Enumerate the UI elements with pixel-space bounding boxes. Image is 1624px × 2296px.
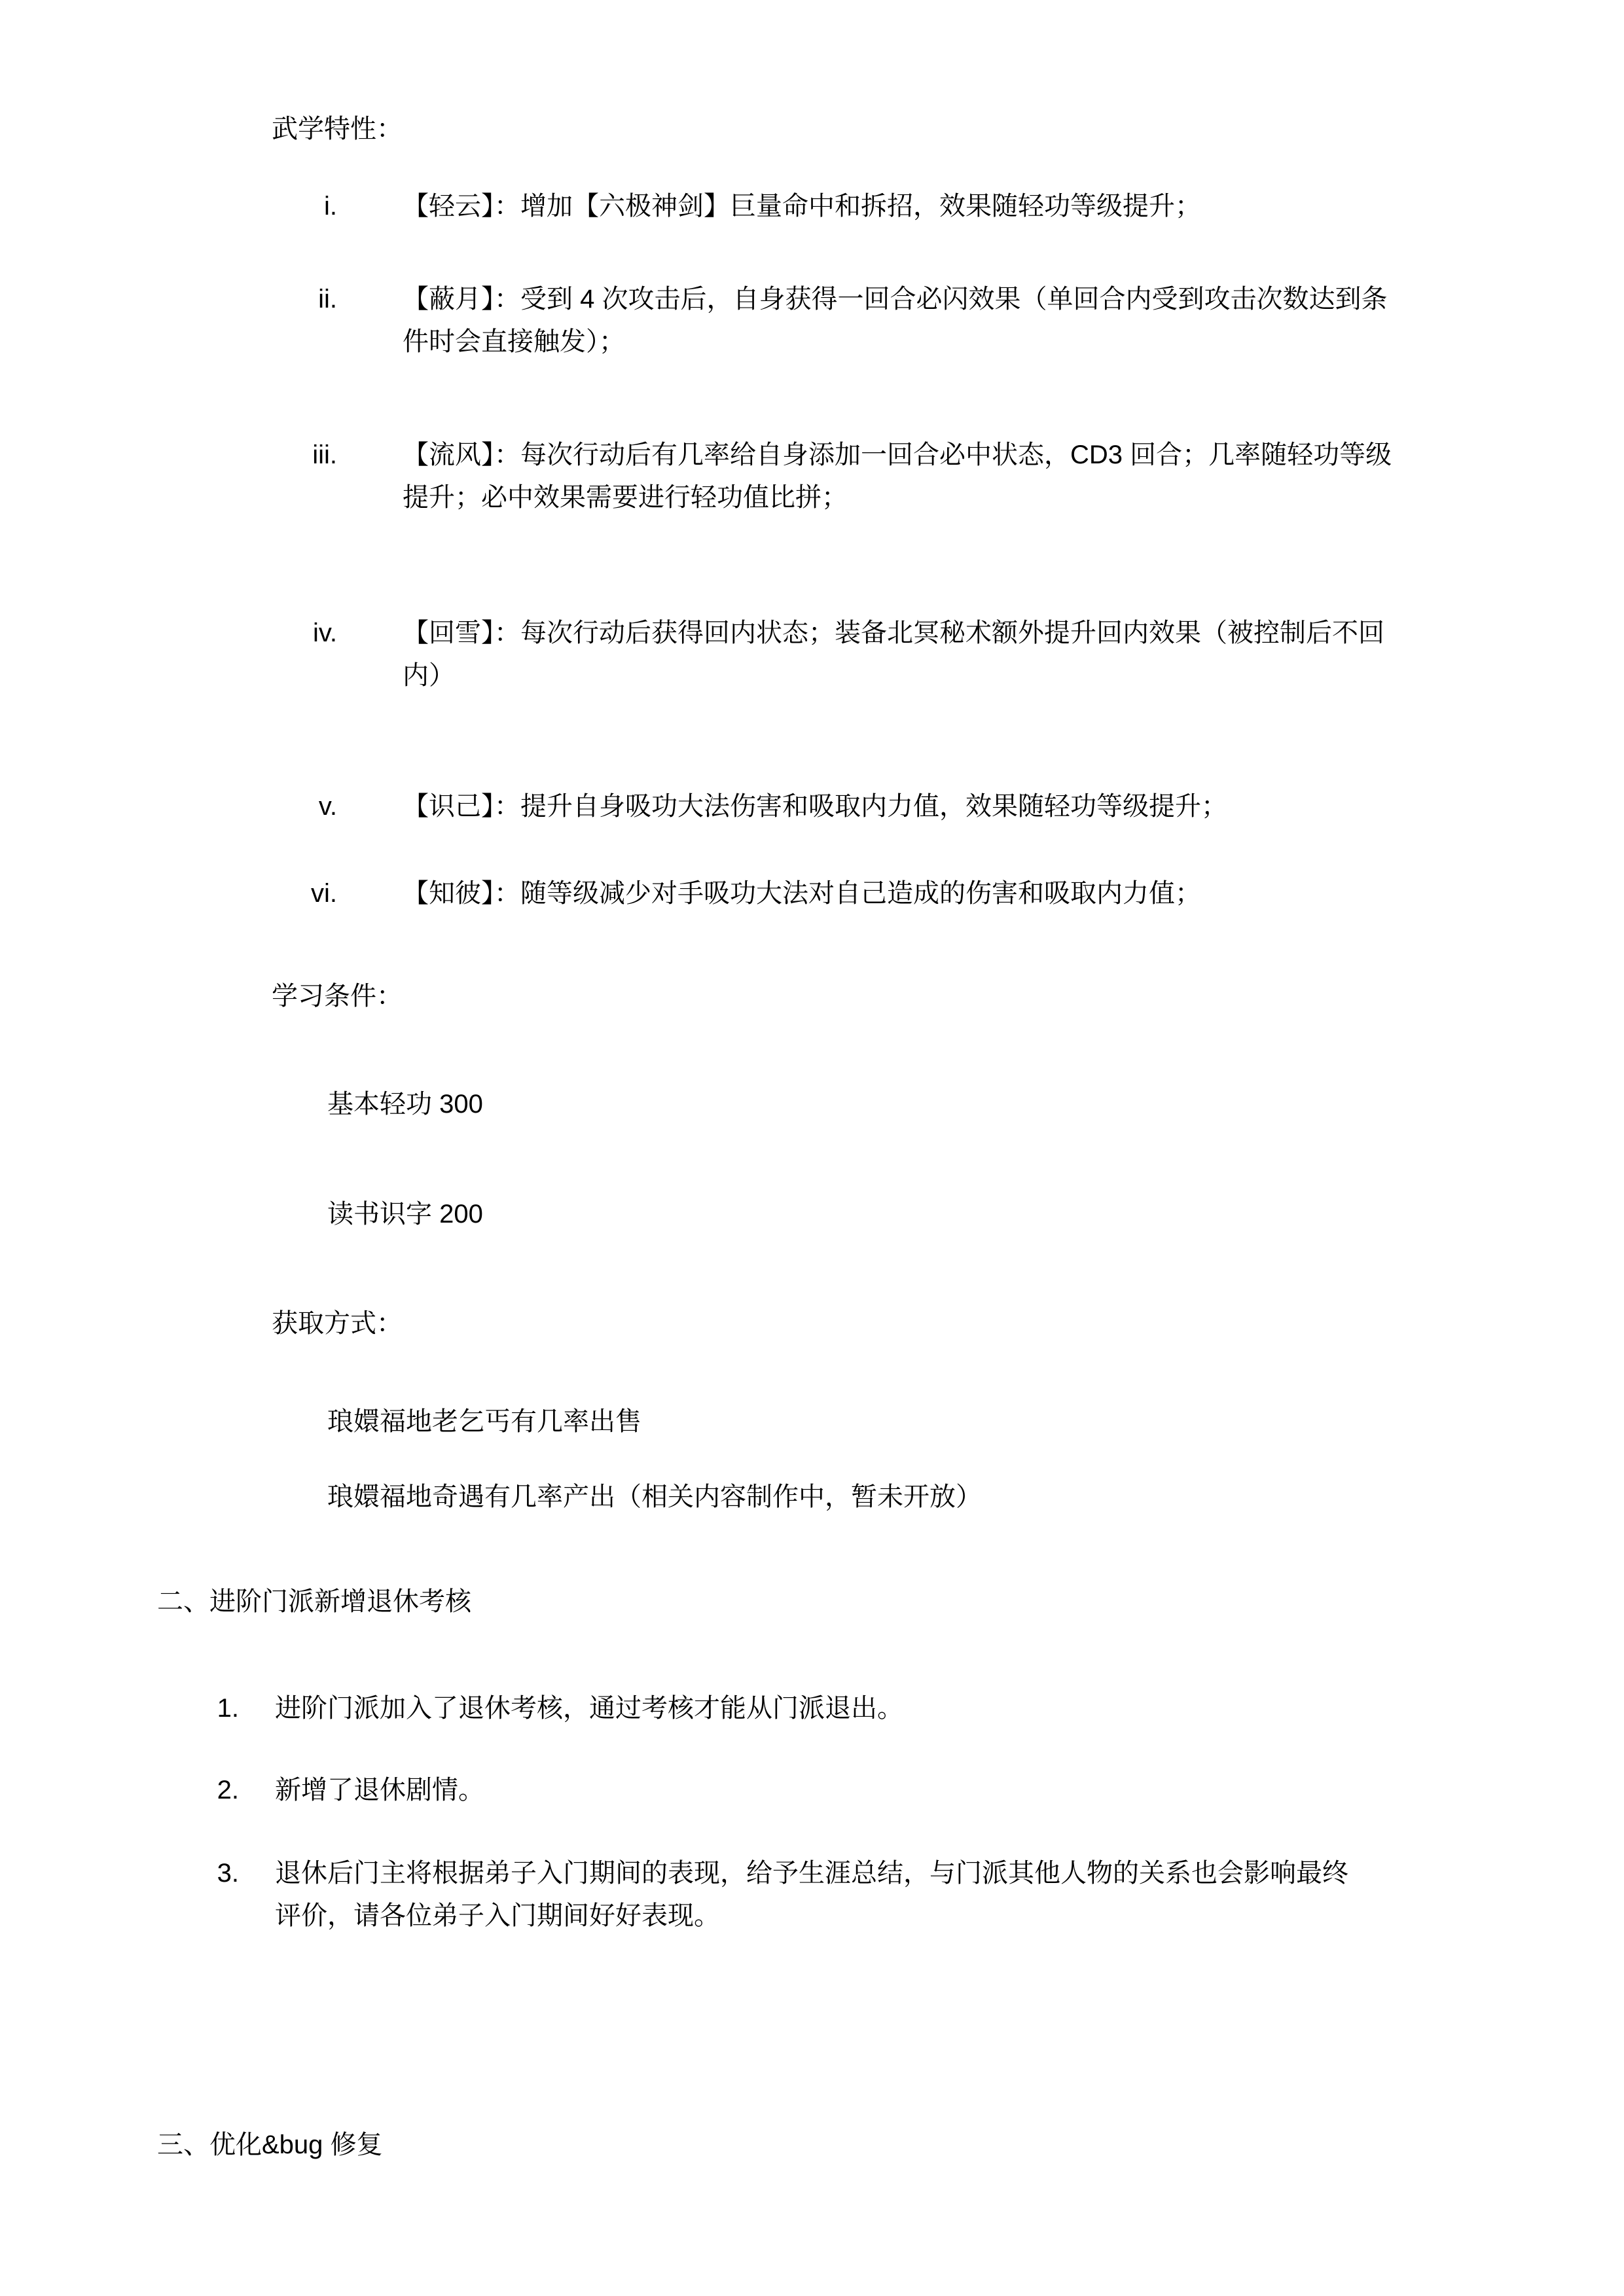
list-number: iv. bbox=[272, 612, 337, 697]
list-text: 【知彼】：随等级减少对手吸功大法对自己造成的伤害和吸取内力值； bbox=[403, 872, 1502, 915]
list-text: 新增了退休剧情。 bbox=[275, 1769, 1506, 1812]
list-number: vi. bbox=[272, 872, 337, 915]
list-item: iv. 【回雪】：每次行动后获得回内状态；装备北冥秘术额外提升回内效果（被控制后… bbox=[272, 612, 1624, 697]
list-item: 1. 进阶门派加入了退休考核，通过考核才能从门派退出。 bbox=[157, 1687, 1624, 1730]
list-text: 【回雪】：每次行动后获得回内状态；装备北冥秘术额外提升回内效果（被控制后不回 内… bbox=[403, 612, 1502, 697]
list-text: 【识己】：提升自身吸功大法伤害和吸取内力值，效果随轻功等级提升； bbox=[403, 785, 1502, 828]
list-item: 3. 退休后门主将根据弟子入门期间的表现，给予生涯总结，与门派其他人物的关系也会… bbox=[157, 1852, 1624, 1937]
list-number: i. bbox=[272, 185, 337, 228]
list-number: ii. bbox=[272, 278, 337, 363]
list-text: 【轻云】：增加【六极神剑】巨量命中和拆招，效果随轻功等级提升； bbox=[403, 185, 1502, 228]
document-page: 武学特性： i. 【轻云】：增加【六极神剑】巨量命中和拆招，效果随轻功等级提升；… bbox=[0, 0, 1624, 2296]
list-item: ii. 【蔽月】：受到 4 次攻击后，自身获得一回合必闪效果（单回合内受到攻击次… bbox=[272, 278, 1624, 363]
list-item: 基本轻功 300 bbox=[327, 1083, 1624, 1126]
list-text: 退休后门主将根据弟子入门期间的表现，给予生涯总结，与门派其他人物的关系也会影响最… bbox=[275, 1852, 1506, 1937]
list-number: 2. bbox=[157, 1769, 239, 1812]
list-text: 【流风】：每次行动后有几率给自身添加一回合必中状态，CD3 回合；几率随轻功等级… bbox=[403, 434, 1502, 519]
acquisition-heading: 获取方式： bbox=[272, 1302, 1624, 1345]
learning-conditions-heading: 学习条件： bbox=[272, 975, 1624, 1018]
list-number: 1. bbox=[157, 1687, 239, 1730]
list-item: vi. 【知彼】：随等级减少对手吸功大法对自己造成的伤害和吸取内力值； bbox=[272, 872, 1624, 915]
list-item: 琅嬛福地老乞丐有几率出售 bbox=[327, 1401, 1624, 1443]
list-text: 【蔽月】：受到 4 次攻击后，自身获得一回合必闪效果（单回合内受到攻击次数达到条… bbox=[403, 278, 1502, 363]
list-number: 3. bbox=[157, 1852, 239, 1937]
list-item: 琅嬛福地奇遇有几率产出（相关内容制作中，暂未开放） bbox=[327, 1476, 1624, 1518]
list-text: 进阶门派加入了退休考核，通过考核才能从门派退出。 bbox=[275, 1687, 1506, 1730]
section2-heading: 二、进阶门派新增退休考核 bbox=[157, 1581, 1624, 1623]
list-item: i. 【轻云】：增加【六极神剑】巨量命中和拆招，效果随轻功等级提升； bbox=[272, 185, 1624, 228]
list-item: v. 【识己】：提升自身吸功大法伤害和吸取内力值，效果随轻功等级提升； bbox=[272, 785, 1624, 828]
list-number: iii. bbox=[272, 434, 337, 519]
list-item: 2. 新增了退休剧情。 bbox=[157, 1769, 1624, 1812]
list-item: iii. 【流风】：每次行动后有几率给自身添加一回合必中状态，CD3 回合；几率… bbox=[272, 434, 1624, 519]
martial-traits-heading: 武学特性： bbox=[272, 108, 1624, 151]
section3-heading: 三、优化&bug 修复 bbox=[157, 2124, 1624, 2166]
list-number: v. bbox=[272, 785, 337, 828]
list-item: 读书识字 200 bbox=[327, 1193, 1624, 1236]
